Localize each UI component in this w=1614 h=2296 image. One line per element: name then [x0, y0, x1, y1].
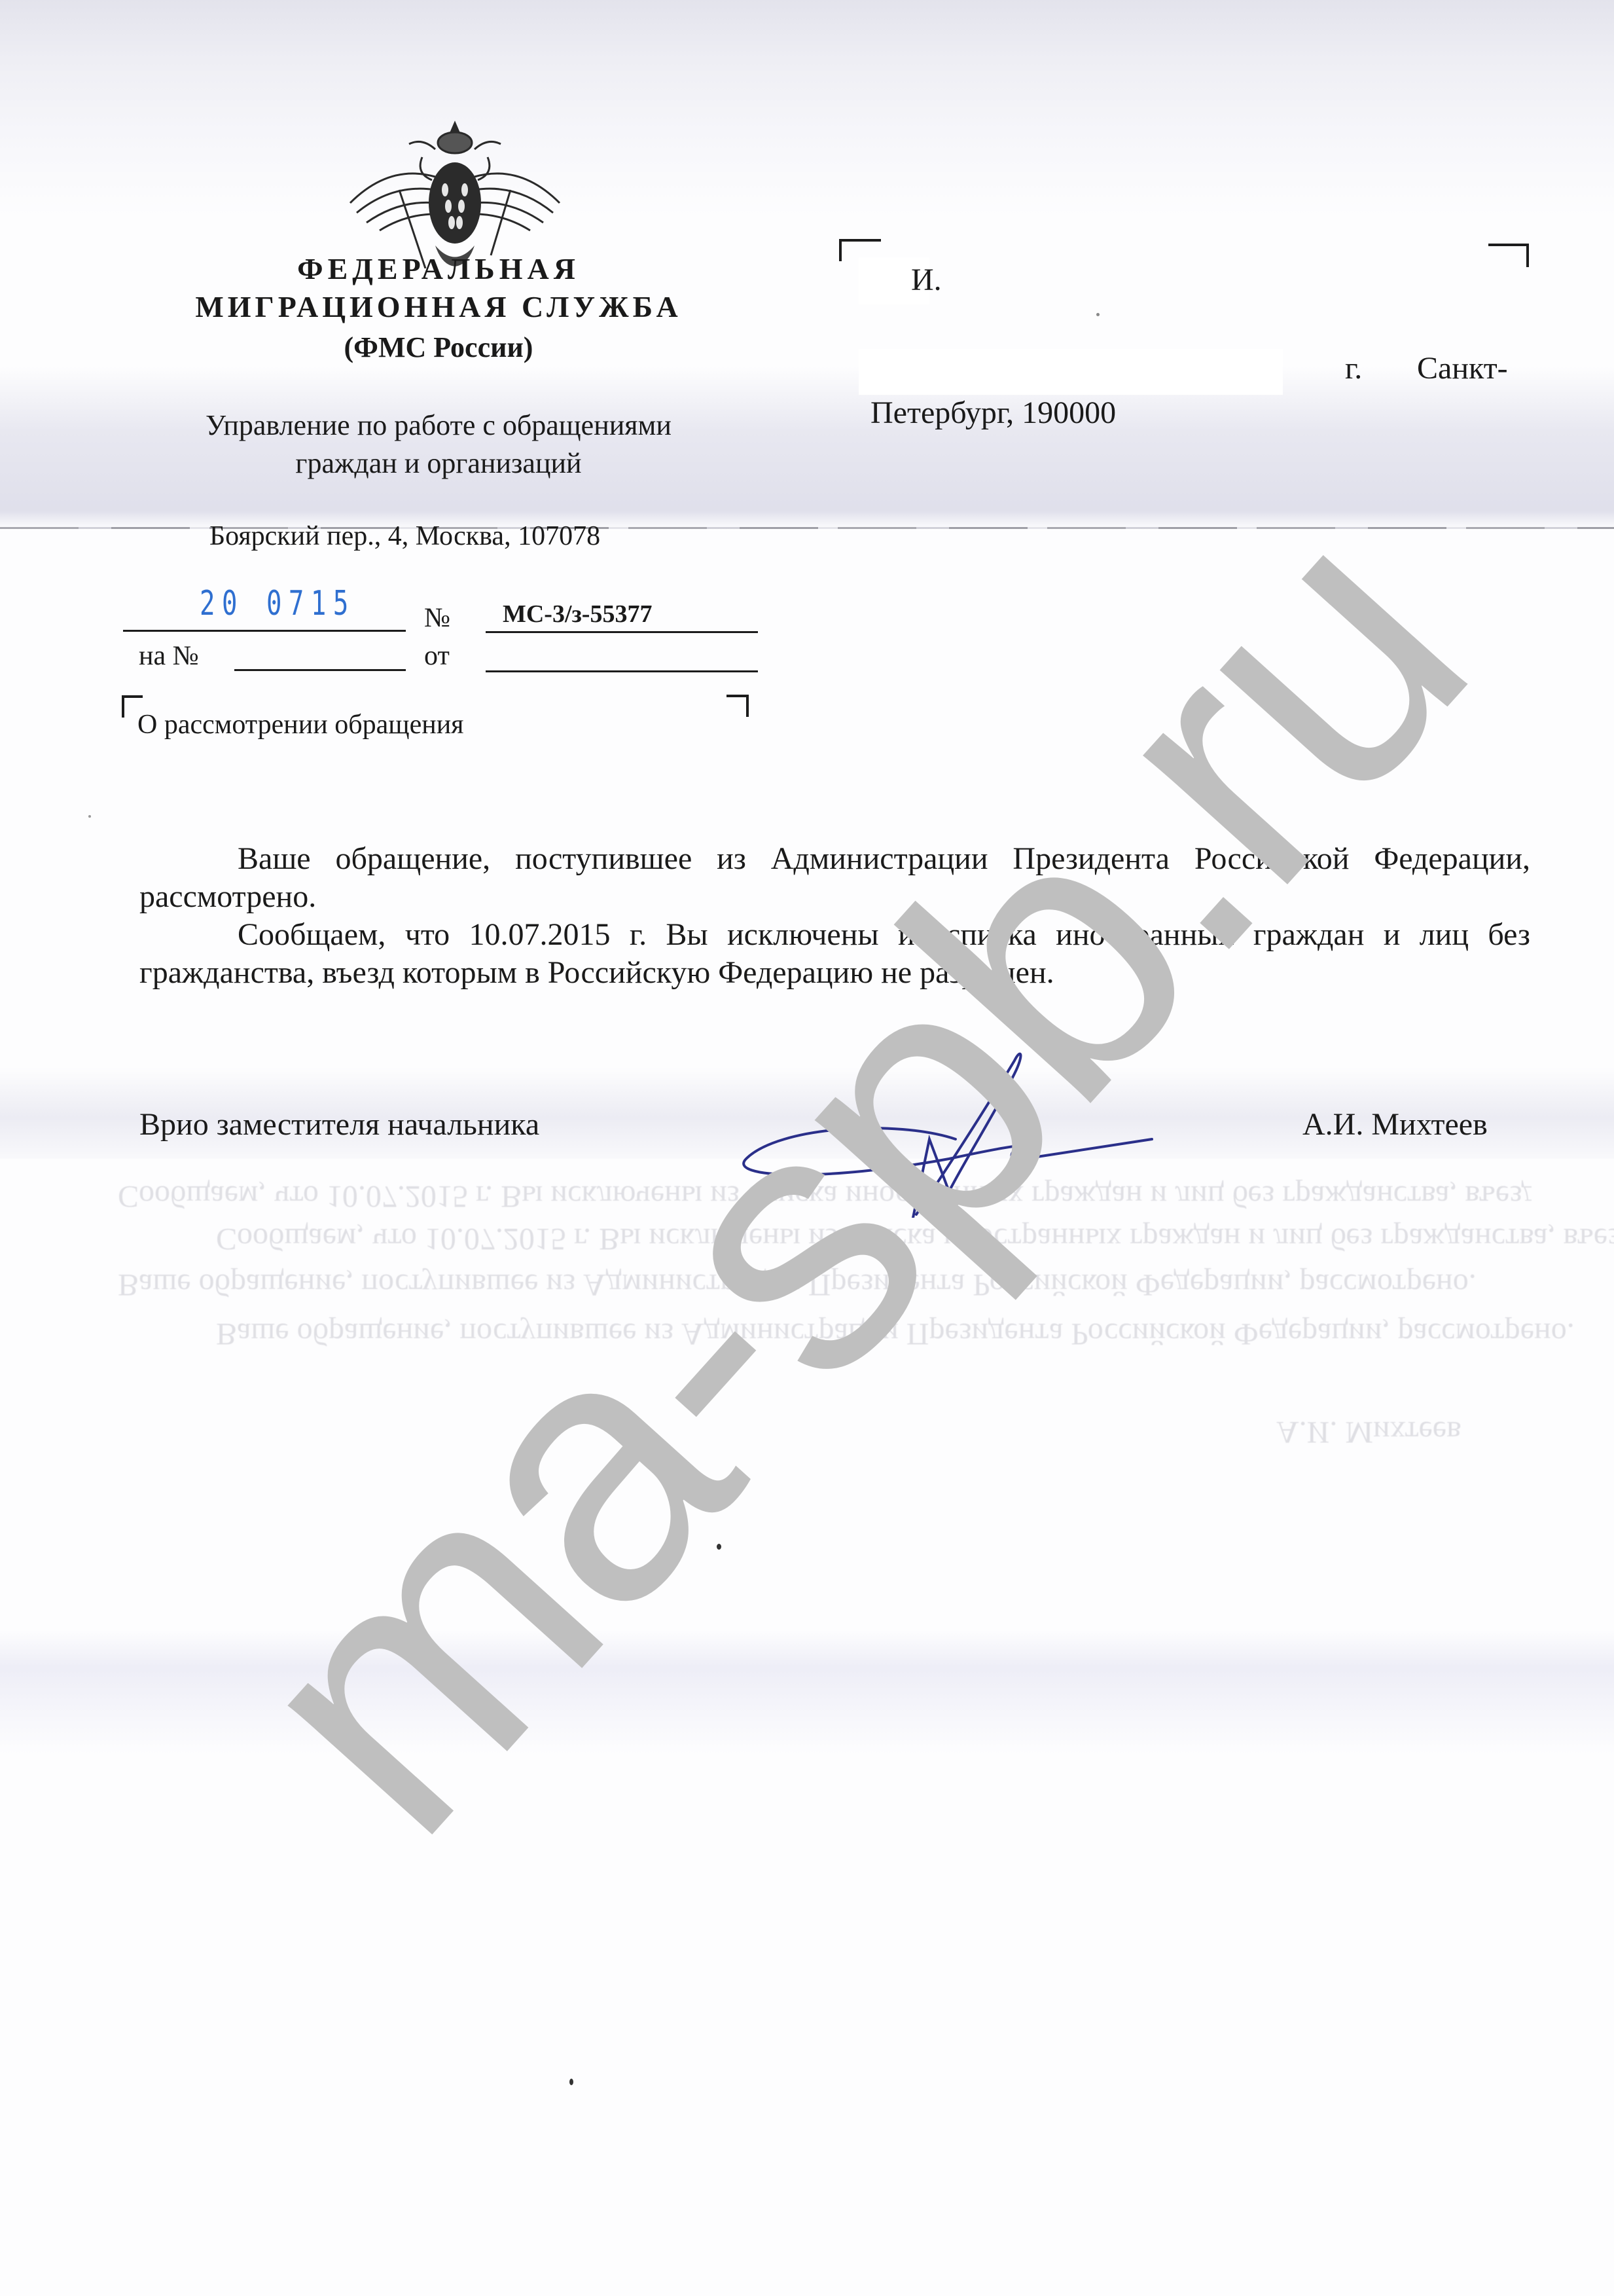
addressee-bracket-right [1488, 244, 1529, 267]
reply-to-label: на № [139, 640, 199, 672]
addressee-initial: И. [911, 262, 942, 298]
addressee-city-part2: Петербург, 190000 [870, 395, 1116, 431]
sender-address: Боярский пер., 4, Москва, 107078 [209, 520, 600, 552]
date-underline [123, 630, 406, 632]
letter-subject: О рассмотрении обращения [137, 709, 463, 740]
from-label: от [424, 640, 450, 672]
double-headed-eagle-emblem-icon [337, 118, 573, 268]
addressee-city-part1: Санкт- [1417, 350, 1508, 386]
bleed-through-line4: Ваше обращение, поступившее из Администр… [118, 1316, 1614, 1352]
department-line2: граждан и организаций [111, 445, 766, 482]
subject-bracket-right [726, 695, 749, 717]
department-line1: Управление по работе с обращениями [111, 407, 766, 444]
handwritten-signature-icon [733, 1048, 1204, 1218]
body-paragraph-2: Сообщаем, что 10.07.2015 г. Вы исключены… [139, 916, 1530, 992]
registration-number: МС-3/з-55377 [503, 600, 652, 629]
signatory-name: А.И. Михтеев [1302, 1106, 1488, 1142]
addressee-city-prefix: г. [1345, 350, 1362, 386]
number-label: № [424, 602, 450, 634]
number-underline [486, 631, 758, 633]
fold-shadow-bottom [0, 1630, 1614, 1755]
body-paragraph-1: Ваше обращение, поступившее из Администр… [139, 840, 1530, 916]
redacted-street-address [859, 349, 1283, 395]
bleed-through-line5: А.И. Михтеев [1276, 1414, 1538, 1450]
signatory-role: Врио заместителя начальника [139, 1106, 539, 1142]
bleed-through-line2: Сообщаем, что 10.07.2015 г. Вы исключены… [118, 1221, 1614, 1257]
from-underline [486, 670, 758, 672]
reply-to-underline [234, 669, 406, 671]
date-stamp: 20 0715 [200, 584, 355, 623]
org-abbreviation: (ФМС России) [111, 331, 766, 364]
bleed-through-line3: Ваше обращение, поступившее из Администр… [118, 1267, 1532, 1303]
org-title-line2: МИГРАЦИОННАЯ СЛУЖБА [111, 288, 766, 326]
letter-body: Ваше обращение, поступившее из Администр… [139, 840, 1530, 992]
org-title-line1: ФЕДЕРАЛЬНАЯ [111, 250, 766, 288]
